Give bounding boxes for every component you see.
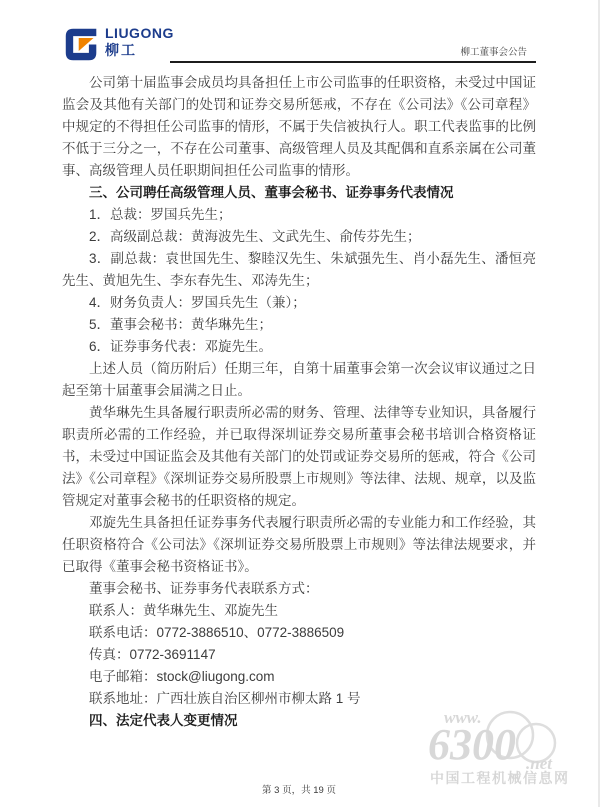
contact-line: 联系电话：0772-3886510、0772-3886509 [62,622,536,644]
logo-wordmark: LIUGONG 柳工 [105,26,174,57]
paragraph-supervisors: 公司第十届监事会成员均具备担任上市公司监事的任职资格，未受过中国证监会及其他有关… [62,72,536,182]
list-item: 4．财务负责人：罗国兵先生（兼）； [62,292,536,314]
liugong-logo-icon [63,26,100,63]
contact-line-email: 电子邮箱：stock@liugong.com [62,666,536,688]
page-number: 第 3 页，共 19 页 [0,782,598,796]
document-body: 公司第十届监事会成员均具备担任上市公司监事的任职资格，未受过中国证监会及其他有关… [62,72,536,732]
logo-text-en: LIUGONG [105,26,174,40]
list-item: 2．高级副总裁：黄海波先生、文武先生、俞传芬先生； [62,226,536,248]
paragraph-deng-qualification: 邓旋先生具备担任证券事务代表履行职责所必需的专业能力和工作经验，其任职资格符合《… [62,512,536,578]
list-item: 6．证券事务代表：邓旋先生。 [62,336,536,358]
page-header: LIUGONG 柳工 柳工董事会公告 [62,0,536,63]
paragraph-huang-qualification: 黄华琳先生具备履行职责所必需的财务、管理、法律等专业知识，具备履行职责所必需的工… [62,402,536,512]
watermark-number-text: 6300 [428,720,516,769]
liugong-logo: LIUGONG 柳工 [63,26,174,63]
6300net-watermark: www. 6300 .net 中国工程机械信息网 [424,705,570,785]
document-page: LIUGONG 柳工 柳工董事会公告 公司第十届监事会成员均具备担任上市公司监事… [0,0,600,807]
logo-text-cn: 柳工 [105,43,174,57]
header-rule [170,61,536,63]
paragraph-term: 上述人员（简历附后）任期三年，自第十届董事会第一次会议审议通过之日起至第十届董事… [62,358,536,402]
section-heading-3: 三、公司聘任高级管理人员、董事会秘书、证券事务代表情况 [62,182,536,204]
header-doc-type: 柳工董事会公告 [460,44,527,58]
list-item: 3．副总裁：袁世国先生、黎睦汉先生、朱斌强先生、肖小磊先生、潘恒亮先生、黄旭先生… [62,248,536,292]
list-item: 5．董事会秘书：黄华琳先生； [62,314,536,336]
contact-line: 传真：0772-3691147 [62,644,536,666]
list-item: 1．总裁：罗国兵先生； [62,204,536,226]
contact-intro: 董事会秘书、证券事务代表联系方式： [62,578,536,600]
contact-line: 联系人：黄华琳先生、邓旋先生 [62,600,536,622]
